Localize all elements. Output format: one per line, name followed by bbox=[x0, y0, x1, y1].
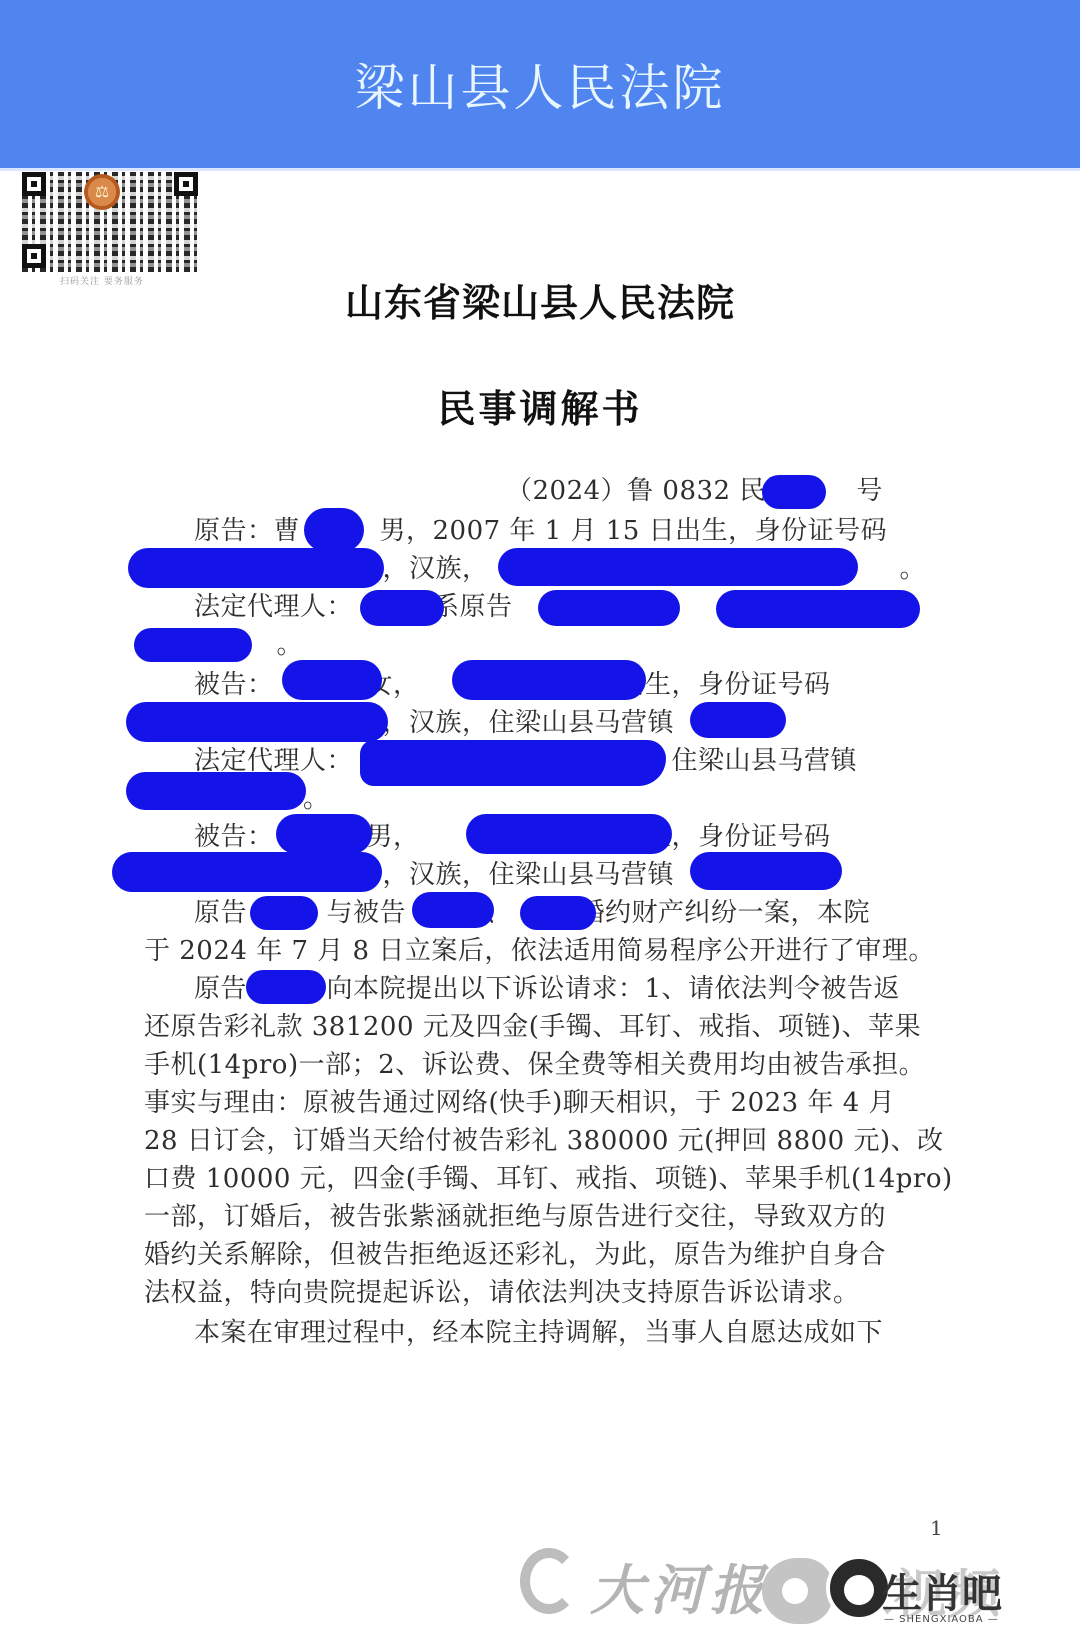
text-line: 法权益，特向贵院提起诉讼，请依法判决支持原告诉讼请求。 bbox=[144, 1276, 860, 1310]
redaction-mark bbox=[276, 814, 372, 854]
text-line: 还原告彩礼款 381200 元及四金(手镯、耳钉、戒指、项链)、苹果 bbox=[144, 1010, 921, 1044]
redaction-mark bbox=[126, 772, 306, 810]
redaction-mark bbox=[246, 970, 326, 1004]
redaction-mark bbox=[762, 475, 826, 509]
redaction-mark bbox=[690, 852, 842, 890]
dahe-logo-icon bbox=[520, 1548, 578, 1614]
text-line: 婚约关系解除，但被告拒绝返还彩礼，为此，原告为维护自身合 bbox=[144, 1238, 886, 1272]
redaction-mark bbox=[304, 508, 364, 552]
redaction-mark bbox=[360, 740, 666, 786]
qr-finder-icon bbox=[22, 172, 46, 196]
case-number: （2024）鲁 0832 民初号 bbox=[506, 474, 883, 508]
text-line: 原告：曹 ，男，2007 年 1 月 15 日出生，身份证号码 bbox=[194, 514, 887, 548]
redaction-mark bbox=[452, 660, 646, 700]
text-line: 口费 10000 元，四金(手镯、耳钉、戒指、项链)、苹果手机(14pro) bbox=[144, 1162, 953, 1196]
court-title: 山东省梁山县人民法院 bbox=[0, 272, 1080, 327]
brand-subtitle: — SHENGXIAOBA — bbox=[884, 1614, 999, 1625]
redaction-mark bbox=[466, 814, 672, 854]
text-line: 28 日订会，订婚当天给付被告彩礼 380000 元(押回 8800 元)、改 bbox=[144, 1124, 944, 1158]
qr-finder-icon bbox=[174, 172, 198, 196]
text-line: 一部，订婚后，被告张紫涵就拒绝与原告进行交往，导致双方的 bbox=[144, 1200, 886, 1234]
redaction-mark bbox=[126, 702, 388, 742]
redaction-mark bbox=[498, 548, 858, 586]
redaction-mark bbox=[282, 660, 382, 700]
document-title: 民事调解书 bbox=[0, 378, 1080, 433]
redaction-mark bbox=[250, 896, 318, 930]
brand-name: 生肖吧 bbox=[882, 1562, 1002, 1619]
redaction-mark bbox=[520, 896, 596, 930]
court-emblem-icon: ⚖ bbox=[84, 174, 120, 210]
redaction-mark bbox=[112, 852, 382, 892]
text-line: 于 2024 年 7 月 8 日立案后，依法适用简易程序公开进行了审理。 bbox=[144, 934, 935, 968]
redaction-mark bbox=[690, 702, 786, 738]
play-logo-icon bbox=[762, 1558, 832, 1624]
page-number: 1 bbox=[930, 1516, 943, 1540]
text-line: 本案在审理过程中，经本院主持调解，当事人自愿达成如下 bbox=[194, 1316, 883, 1350]
redaction-mark bbox=[412, 892, 494, 928]
qr-finder-icon bbox=[22, 244, 46, 268]
dahe-watermark: 大河报 bbox=[590, 1548, 770, 1625]
case-number-prefix: （2024）鲁 0832 民初 bbox=[506, 476, 792, 506]
redaction-mark bbox=[716, 590, 920, 628]
qr-code-block[interactable]: ⚖ 扫码关注 要务服务 bbox=[22, 172, 202, 272]
text-line: 事实与理由：原被告通过网络(快手)聊天相识，于 2023 年 4 月 bbox=[144, 1086, 895, 1120]
redaction-mark bbox=[360, 590, 444, 626]
app-header: 梁山县人民法院 bbox=[0, 0, 1080, 171]
case-number-suffix: 号 bbox=[856, 476, 883, 506]
redaction-mark bbox=[134, 628, 252, 662]
redaction-mark bbox=[128, 548, 384, 588]
text-line: 手机(14pro)一部；2、诉讼费、保全费等相关费用均由被告承担。 bbox=[144, 1048, 925, 1082]
header-title: 梁山县人民法院 bbox=[355, 48, 726, 120]
redaction-mark bbox=[538, 590, 680, 626]
